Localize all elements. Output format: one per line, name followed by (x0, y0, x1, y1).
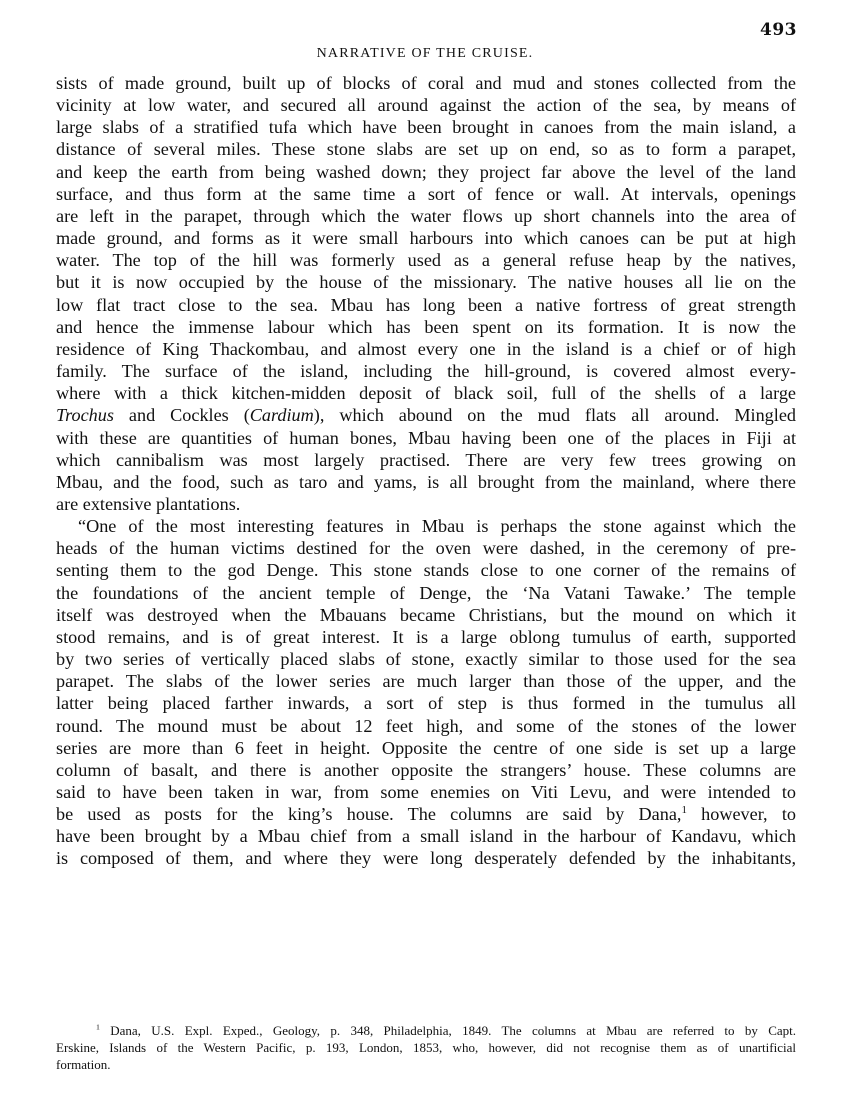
body-line: heads of the human victims destined for … (56, 537, 796, 559)
footnotes: 1 Dana, U.S. Expl. Exped., Geology, p. 3… (56, 1022, 796, 1073)
body-text: sists of made ground, built up of blocks… (56, 72, 796, 870)
body-line: “One of the most interesting features in… (56, 515, 796, 537)
body-line: but it is now occupied by the house of t… (56, 271, 796, 293)
body-line: sists of made ground, built up of blocks… (56, 72, 796, 94)
body-line: residence of King Thackombau, and almost… (56, 338, 796, 360)
body-line-footnote-ref: be used as posts for the king’s house. T… (56, 803, 796, 825)
body-line: senting them to the god Denge. This ston… (56, 559, 796, 581)
footnote-line: Erskine, Islands of the Western Pacific,… (56, 1039, 796, 1056)
body-line: the foundations of the ancient temple of… (56, 582, 796, 604)
body-line: stood remains, and is of great interest.… (56, 626, 796, 648)
body-line: column of basalt, and there is another o… (56, 759, 796, 781)
body-line: round. The mound must be about 12 feet h… (56, 715, 796, 737)
body-line: itself was destroyed when the Mbauans be… (56, 604, 796, 626)
body-line: Mbau, and the food, such as taro and yam… (56, 471, 796, 493)
body-line: low flat tract close to the sea. Mbau ha… (56, 294, 796, 316)
body-line: latter being placed farther inwards, a s… (56, 692, 796, 714)
body-line: and hence the immense labour which has b… (56, 316, 796, 338)
italic-term: Trochus (56, 405, 114, 425)
body-line: by two series of vertically placed slabs… (56, 648, 796, 670)
body-line: family. The surface of the island, inclu… (56, 360, 796, 382)
body-line-italic-terms: Trochus and Cockles (Cardium), which abo… (56, 404, 796, 426)
body-line: are extensive plantations. (56, 493, 796, 515)
footnote-line: formation. (56, 1056, 796, 1073)
body-line: is composed of them, and where they were… (56, 847, 796, 869)
body-line: large slabs of a stratified tufa which h… (56, 116, 796, 138)
body-line: water. The top of the hill was formerly … (56, 249, 796, 271)
body-line: vicinity at low water, and secured all a… (56, 94, 796, 116)
italic-term: Cardium (250, 405, 314, 425)
footnote-line: 1 Dana, U.S. Expl. Exped., Geology, p. 3… (56, 1022, 796, 1039)
footnote-marker: 1 (96, 1023, 100, 1032)
body-line: with these are quantities of human bones… (56, 427, 796, 449)
running-head: NARRATIVE OF THE CRUISE. (0, 46, 850, 62)
body-line: surface, and thus form at the same time … (56, 183, 796, 205)
body-line: said to have been taken in war, from som… (56, 781, 796, 803)
body-line: where with a thick kitchen-midden deposi… (56, 382, 796, 404)
body-line: parapet. The slabs of the lower series a… (56, 670, 796, 692)
body-line: which cannibalism was most largely pract… (56, 449, 796, 471)
body-line: have been brought by a Mbau chief from a… (56, 825, 796, 847)
page-number: 493 (760, 20, 797, 40)
document-page: 493 NARRATIVE OF THE CRUISE. sists of ma… (0, 0, 850, 1100)
body-line: and keep the earth from being washed dow… (56, 161, 796, 183)
body-line: made ground, and forms as it were small … (56, 227, 796, 249)
body-line: series are more than 6 feet in height. O… (56, 737, 796, 759)
body-line: are left in the parapet, through which t… (56, 205, 796, 227)
body-line: distance of several miles. These stone s… (56, 138, 796, 160)
